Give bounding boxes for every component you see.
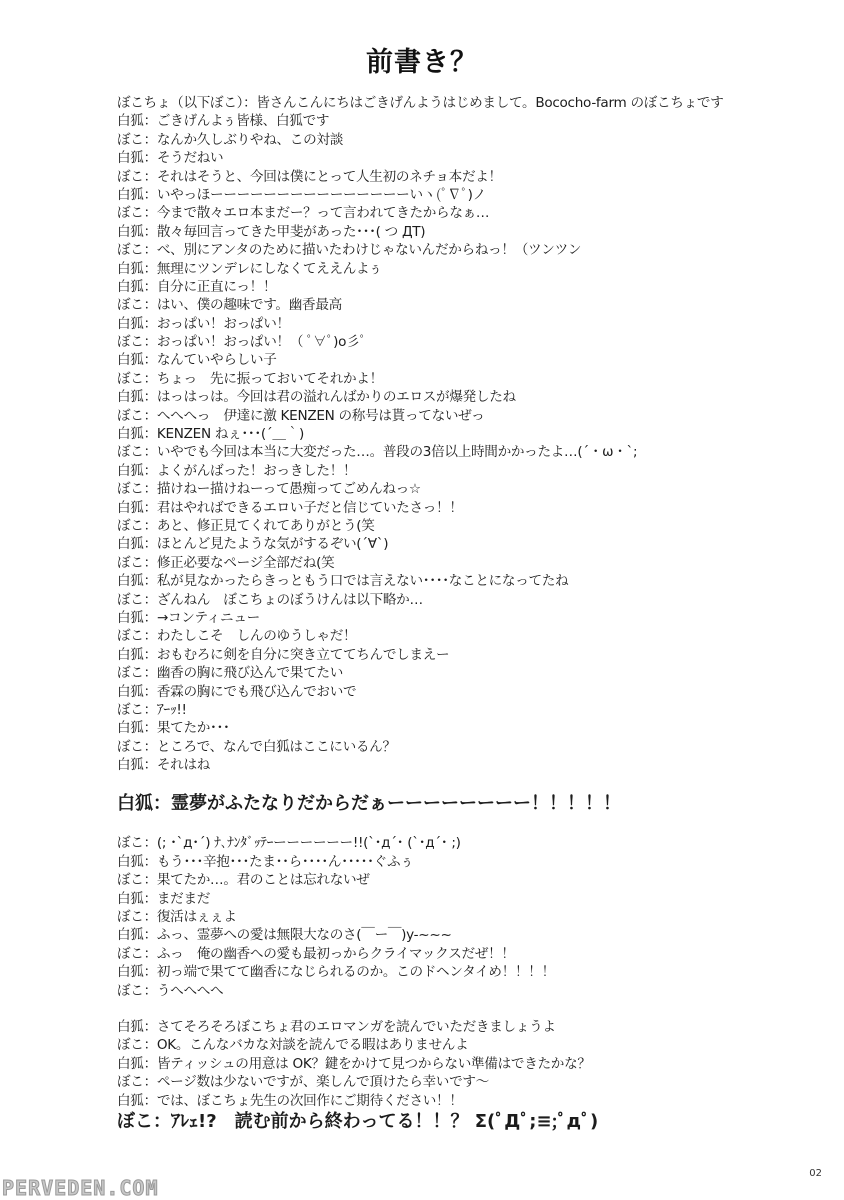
dialogue-line: 白狐：KENZEN ねぇ･･･(´＿｀) <box>117 425 777 443</box>
dialogue-section-1: ぼこちょ（以下ぼこ）：皆さんこんにちはごきげんようはじめまして。Bococho-… <box>117 94 777 774</box>
dialogue-line: 白狐：よくがんばった！おっきした！！ <box>117 462 777 480</box>
dialogue-line: ぼこ：OK。こんなバカな対談を読んでる暇はありませんよ <box>117 1036 777 1054</box>
dialogue-line: 白狐：おっぱい！おっぱい！ <box>117 315 777 333</box>
dialogue-line: ぼこ：ちょっ 先に振っておいてそれかよ！ <box>117 370 777 388</box>
dialogue-line: 白狐：無理にツンデレにしなくてええんよぅ <box>117 260 777 278</box>
dialogue-line: 白狐：さてそろそろぼこちょ君のエロマンガを読んでいただきましょうよ <box>117 1018 777 1036</box>
dialogue-line: ぼこ：はい、僕の趣味です。幽香最高 <box>117 296 777 314</box>
dialogue-line: 白狐：君はやればできるエロい子だと信じていたさっ！！ <box>117 499 777 517</box>
dialogue-section-2: ぼこ：(; ･`д･´) ﾅ､ﾅﾝﾀﾞｯﾃｰーーーーーー!!(`･д´･ (`･… <box>117 834 777 1000</box>
dialogue-line: 白狐：それはね <box>117 756 777 774</box>
dialogue-line: ぼこ：いやでも今回は本当に大変だった…。普段の3倍以上時間かかったよ…(´・ω・… <box>117 443 777 461</box>
dialogue-line: ぼこ：わたしこそ しんのゆうしゃだ！ <box>117 627 777 645</box>
dialogue-section-3: 白狐：さてそろそろぼこちょ君のエロマンガを読んでいただきましょうよぼこ：OK。こ… <box>117 1018 777 1110</box>
spacer <box>117 1000 777 1018</box>
dialogue-line: ぼこ：ざんねん ぼこちょのぼうけんは以下略か… <box>117 591 777 609</box>
page-number: 02 <box>809 1168 822 1179</box>
dialogue-line: ぼこ：修正必要なページ全部だね(笑 <box>117 554 777 572</box>
dialogue-line: ぼこ：べ、別にアンタのために描いたわけじゃないんだからねっ！（ツンツン <box>117 241 777 259</box>
dialogue-line: ぼこ：今まで散々エロ本まだー？って言われてきたからなぁ… <box>117 204 777 222</box>
dialogue-line: ぼこ：うへへへへ <box>117 982 777 1000</box>
dialogue-line: 白狐：自分に正直にっ！！ <box>117 278 777 296</box>
dialogue-line: ぼこ：復活はぇぇよ <box>117 908 777 926</box>
dialogue-line: ぼこ：なんか久しぶりやね、この対談 <box>117 131 777 149</box>
emphasized-line-final: ぼこ：ｱﾚｪ!? 読む前から終わってる！！？ Σ(ﾟДﾟ;≡;ﾟдﾟ) <box>117 1110 777 1134</box>
dialogue-line: 白狐：香霖の胸にでも飛び込んでおいで <box>117 683 777 701</box>
dialogue-line: ぼこ：ふっ 俺の幽香への愛も最初っからクライマックスだぜ！！ <box>117 945 777 963</box>
page-title: 前書き？ <box>0 40 844 79</box>
dialogue-line: ぼこ：果てたか…。君のことは忘れないぜ <box>117 871 777 889</box>
dialogue-line: 白狐：ほとんど見たような気がするぞい(´∀`) <box>117 535 777 553</box>
dialogue-line: ぼこ：幽香の胸に飛び込んで果てたい <box>117 664 777 682</box>
dialogue-line: 白狐：はっはっは。今回は君の溢れんばかりのエロスが爆発したね <box>117 388 777 406</box>
dialogue-line: ぼこ：それはそうと、今回は僕にとって人生初のネチョ本だよ！ <box>117 168 777 186</box>
dialogue-line: 白狐：初っ端で果てて幽香になじられるのか。このドヘンタイめ！！！！ <box>117 963 777 981</box>
dialogue-line: 白狐：ごきげんよぅ皆様、白狐です <box>117 112 777 130</box>
dialogue-line: 白狐：散々毎回言ってきた甲斐があった･･･( つ ДT) <box>117 223 777 241</box>
emphasized-line: 白狐：霊夢がふたなりだからだぁーーーーーーーー！！！！！ <box>117 792 777 816</box>
dialogue-line: 白狐：もう･･･辛抱･･･たま･･ら････ん･････ぐふぅ <box>117 853 777 871</box>
dialogue-line: ぼこ：(; ･`д･´) ﾅ､ﾅﾝﾀﾞｯﾃｰーーーーーー!!(`･д´･ (`･… <box>117 834 777 852</box>
dialogue-line: 白狐：そうだねい <box>117 149 777 167</box>
dialogue-line: 白狐：なんていやらしい子 <box>117 351 777 369</box>
dialogue-line: 白狐：まだまだ <box>117 890 777 908</box>
dialogue-line: 白狐：いやっほーーーーーーーーーーーーーーーいヽ(ﾟ∇ﾟ)ノ <box>117 186 777 204</box>
dialogue-line: 白狐：おもむろに剣を自分に突き立ててちんでしまえー <box>117 646 777 664</box>
dialogue-line: 白狐：ふっ、霊夢への愛は無限大なのさ(￣ー￣)y-~~~ <box>117 926 777 944</box>
dialogue-line: ぼこ：ところで、なんで白狐はここにいるん？ <box>117 738 777 756</box>
spacer <box>117 774 777 792</box>
spacer <box>117 816 777 834</box>
dialogue-line: 白狐：皆ティッシュの用意は OK？鍵をかけて見つからない準備はできたかな？ <box>117 1055 777 1073</box>
watermark-logo: PERVEDEN.COM <box>2 1176 159 1200</box>
dialogue-line: ぼこ：あと、修正見てくれてありがとう(笑 <box>117 517 777 535</box>
dialogue-line: ぼこちょ（以下ぼこ）：皆さんこんにちはごきげんようはじめまして。Bococho-… <box>117 94 777 112</box>
dialogue-line: ぼこ：へへへっ 伊達に激 KENZEN の称号は貰ってないぜっ <box>117 407 777 425</box>
dialogue-body: ぼこちょ（以下ぼこ）：皆さんこんにちはごきげんようはじめまして。Bococho-… <box>117 94 777 1134</box>
dialogue-line: ぼこ：ｱｰｯ!! <box>117 701 777 719</box>
dialogue-line: 白狐：では、ぼこちょ先生の次回作にご期待ください！！ <box>117 1092 777 1110</box>
dialogue-line: 白狐：果てたか･･･ <box>117 719 777 737</box>
dialogue-line: ぼこ：おっぱい！おっぱい！（ ﾟ∀ﾟ)o彡ﾟ <box>117 333 777 351</box>
dialogue-line: 白狐：私が見なかったらきっともう口では言えない････なことになってたね <box>117 572 777 590</box>
dialogue-line: ぼこ：ページ数は少ないですが、楽しんで頂けたら幸いです～ <box>117 1073 777 1091</box>
dialogue-line: ぼこ：描けねー描けねーって愚痴ってごめんねっ☆ <box>117 480 777 498</box>
dialogue-line: 白狐：→コンティニュー <box>117 609 777 627</box>
